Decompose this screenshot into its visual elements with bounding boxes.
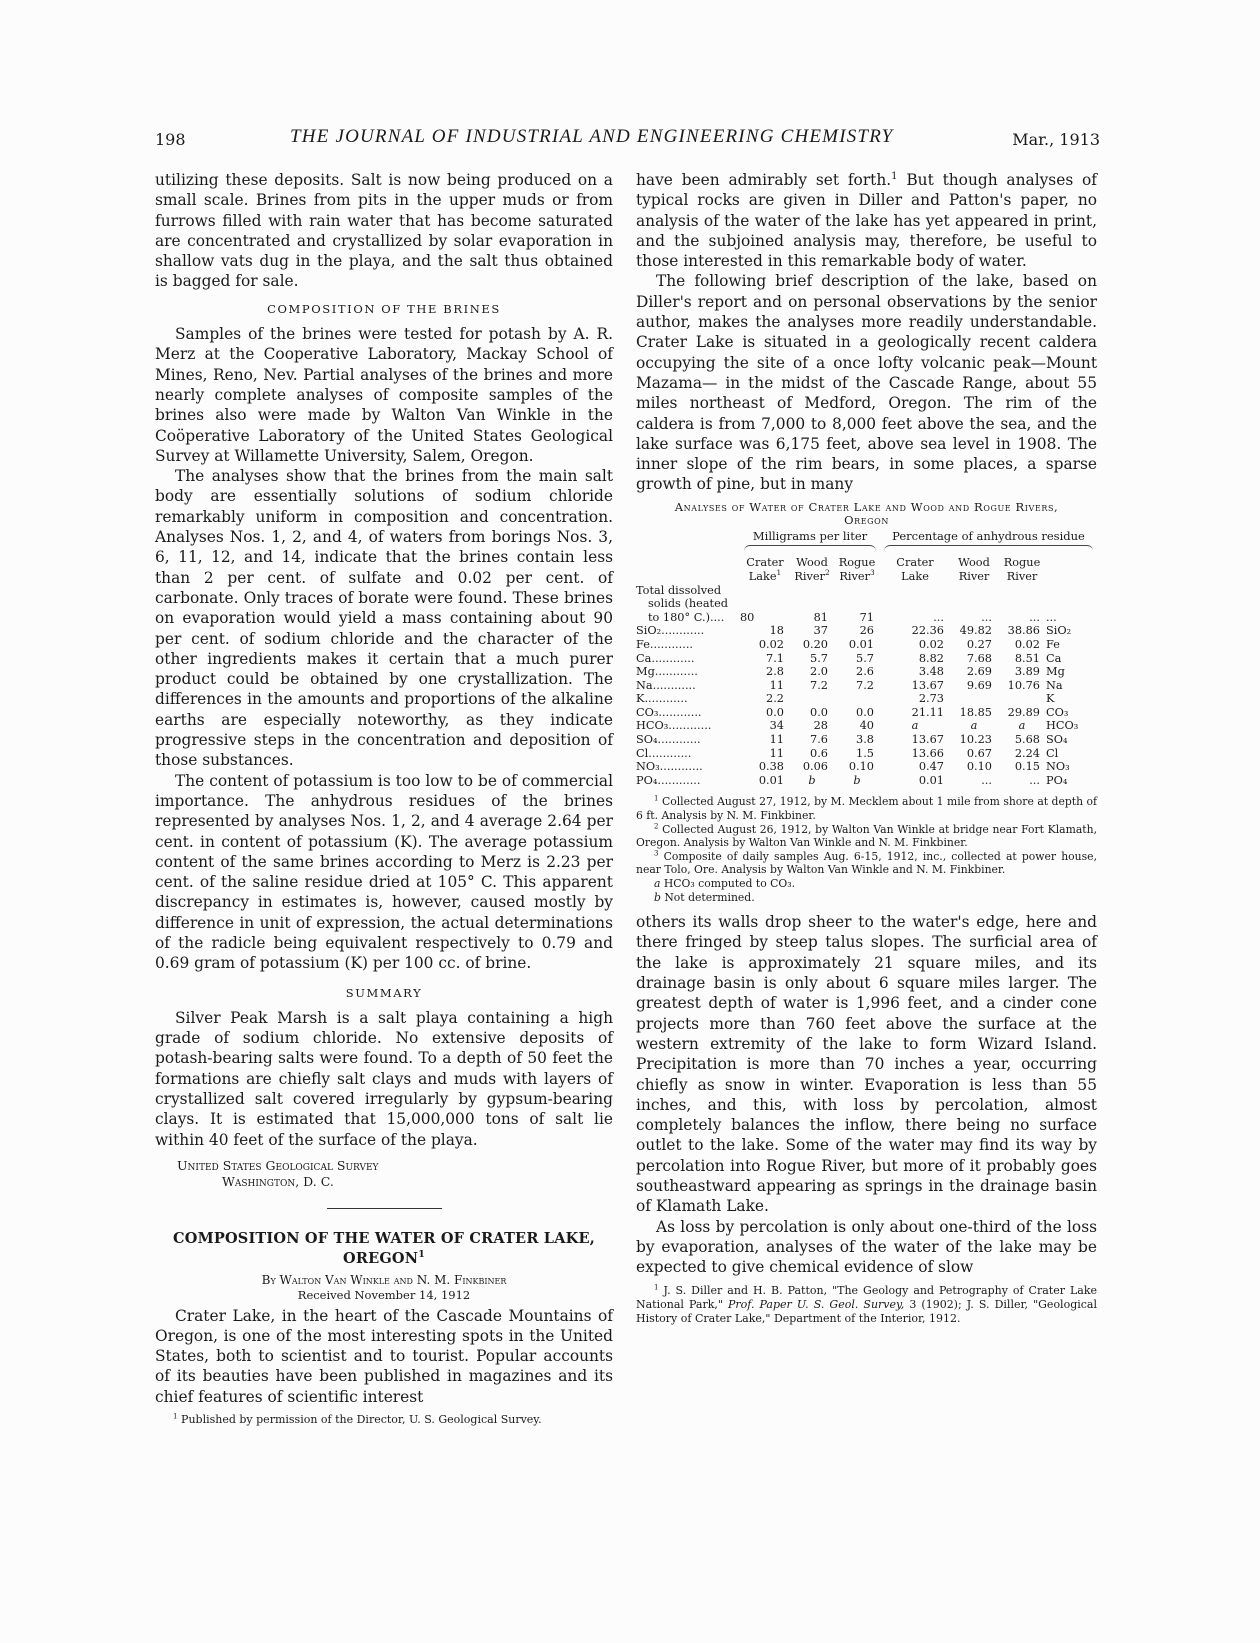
cell: [834, 692, 880, 706]
paragraph-brines-1: Samples of the brines were tested for po…: [155, 324, 613, 466]
cell: 0.20: [790, 638, 834, 652]
cell: 9.69: [950, 679, 998, 693]
cell: a: [950, 719, 998, 733]
col-header-sup: 2: [825, 568, 830, 577]
left-column: utilizing these deposits. Salt is now be…: [155, 170, 613, 1427]
footnote-mark: b: [654, 891, 661, 904]
table-row: K............2.22.73K: [636, 692, 1097, 706]
row-label: NO₃............: [636, 760, 740, 774]
table-row: Na............117.27.213.679.6910.76Na: [636, 679, 1097, 693]
cell: 34: [740, 719, 790, 733]
cell: ...: [880, 611, 950, 625]
cell: ...: [998, 611, 1046, 625]
col-header-line2: River: [794, 570, 825, 583]
cell: 0.0: [740, 706, 790, 720]
row-label: SiO₂............: [636, 624, 740, 638]
row-label: Na............: [636, 679, 740, 693]
journal-title: THE JOURNAL OF INDUSTRIAL AND ENGINEERIN…: [290, 126, 893, 148]
cell: 10.76: [998, 679, 1046, 693]
col-header-line1: Wood: [958, 556, 990, 569]
cell: 7.6: [790, 733, 834, 747]
cell: 5.7: [834, 652, 880, 666]
cell: 2.69: [950, 665, 998, 679]
paragraph-percolation: As loss by percolation is only about one…: [636, 1217, 1097, 1278]
row-label-right: ...: [1046, 611, 1097, 625]
paragraph-description: The following brief description of the l…: [636, 271, 1097, 494]
cell: 0.10: [950, 760, 998, 774]
page-number: 198: [155, 130, 186, 149]
table-row: PO₄............0.01bb0.01......PO₄: [636, 774, 1097, 788]
cell: 2.24: [998, 747, 1046, 761]
col-header: RogueRiver3: [834, 556, 880, 583]
footnote-text: Not determined.: [664, 891, 754, 904]
table-footnote-1: 1 Collected August 27, 1912, by M. Meckl…: [636, 795, 1097, 822]
cell: 0.02: [998, 638, 1046, 652]
cell: 18.85: [950, 706, 998, 720]
table-row: CO₃............0.00.00.021.1118.8529.89C…: [636, 706, 1097, 720]
col-header: WoodRiver2: [790, 556, 834, 583]
row-label-right: HCO₃: [1046, 719, 1097, 733]
footnote-mark: 1: [173, 1411, 178, 1420]
analyses-table: Milligrams per liter Percentage of anhyd…: [636, 530, 1097, 788]
table-row: Cl............110.61.513.660.672.24Cl: [636, 747, 1097, 761]
article-title: COMPOSITION OF THE WATER OF CRATER LAKE,…: [155, 1229, 613, 1270]
col-header-line1: Crater: [896, 556, 933, 569]
footnote-citation: Prof. Paper U. S. Geol. Survey,: [728, 1298, 904, 1311]
cell: [790, 692, 834, 706]
cell: 18: [740, 624, 790, 638]
paragraph-brines-3: The content of potassium is too low to b…: [155, 771, 613, 974]
row-label: SO₄............: [636, 733, 740, 747]
table-footnote-3: 3 Composite of daily samples Aug. 6-15, …: [636, 850, 1097, 877]
cell: 0.01: [880, 774, 950, 788]
footnote-text: Composite of daily samples Aug. 6-15, 19…: [636, 850, 1097, 877]
cell: 38.86: [998, 624, 1046, 638]
table-row: solids (heated: [636, 597, 1097, 611]
row-label-right: CO₃: [1046, 706, 1097, 720]
footnote-mark: a: [654, 877, 660, 890]
paragraph-text: have been admirably set forth.: [636, 171, 891, 189]
cell: 3.48: [880, 665, 950, 679]
cell: 13.66: [880, 747, 950, 761]
col-header-line2: River: [959, 570, 990, 583]
cell: 5.7: [790, 652, 834, 666]
cell: 0.27: [950, 638, 998, 652]
row-label-right: K: [1046, 692, 1097, 706]
table-row: SO₄............117.63.813.6710.235.68SO₄: [636, 733, 1097, 747]
col-header-line1: Rogue: [1004, 556, 1041, 569]
cell: 3.89: [998, 665, 1046, 679]
footnote-mark: 1: [654, 794, 658, 803]
cell: 7.2: [834, 679, 880, 693]
row-label-right: Mg: [1046, 665, 1097, 679]
table-body: SiO₂............18372622.3649.8238.86SiO…: [636, 624, 1097, 787]
section-heading-brines: COMPOSITION OF THE BRINES: [155, 299, 613, 319]
row-label: CO₃............: [636, 706, 740, 720]
footnote-text: Collected August 26, 1912, by Walton Van…: [636, 823, 1097, 850]
cell: 8.51: [998, 652, 1046, 666]
footnote-text: HCO₃ computed to CO₃.: [664, 877, 795, 890]
table-header-row: CraterLake1 WoodRiver2 RogueRiver3 Crate…: [636, 556, 1097, 583]
cell: 0.0: [790, 706, 834, 720]
group-header-mg: Milligrams per liter: [740, 530, 880, 557]
cell: 3.8: [834, 733, 880, 747]
cell: 49.82: [950, 624, 998, 638]
footnote-mark: 1: [654, 1282, 659, 1291]
table-caption-line1: Analyses of Water of Crater Lake and Woo…: [636, 501, 1097, 514]
row-label: Cl............: [636, 747, 740, 761]
issue-date: Mar., 1913: [1012, 130, 1100, 149]
table-caption: Analyses of Water of Crater Lake and Woo…: [636, 501, 1097, 527]
cell: 0.10: [834, 760, 880, 774]
brace-icon: [884, 545, 1093, 552]
cell: 13.67: [880, 733, 950, 747]
row-label-right: SiO₂: [1046, 624, 1097, 638]
signature-block: United States Geological Survey Washingt…: [177, 1158, 613, 1190]
footnote: 1 Published by permission of the Directo…: [155, 1413, 613, 1427]
cell: 10.23: [950, 733, 998, 747]
cell: 28: [790, 719, 834, 733]
cell: 0.01: [834, 638, 880, 652]
table-footnote-a: a HCO₃ computed to CO₃.: [636, 877, 1097, 891]
signature-org: United States Geological Survey: [177, 1158, 613, 1174]
right-column: have been admirably set forth.1 But thou…: [636, 170, 1097, 1326]
cell: 2.8: [740, 665, 790, 679]
row-label-right: Fe: [1046, 638, 1097, 652]
cell: 80: [740, 611, 790, 625]
article-title-text: COMPOSITION OF THE WATER OF CRATER LAKE,…: [173, 1230, 595, 1267]
table-row: Mg............2.82.02.63.482.693.89Mg: [636, 665, 1097, 679]
row-label: Ca............: [636, 652, 740, 666]
article-title-footnote-mark: 1: [418, 1249, 425, 1260]
table-row: Total dissolved: [636, 584, 1097, 598]
col-header-line2: River: [1007, 570, 1038, 583]
group-header-label: Milligrams per liter: [753, 529, 867, 543]
row-label-right: SO₄: [1046, 733, 1097, 747]
paragraph-intro: utilizing these deposits. Salt is now be…: [155, 170, 613, 292]
cell: 2.73: [880, 692, 950, 706]
cell: ...: [950, 774, 998, 788]
paragraph-continued: have been admirably set forth.1 But thou…: [636, 170, 1097, 271]
col-header: CraterLake1: [740, 556, 790, 583]
brace-icon: [744, 545, 876, 552]
signature-place: Washington, D. C.: [222, 1174, 613, 1190]
cell: 1.5: [834, 747, 880, 761]
cell: 0.6: [790, 747, 834, 761]
table-footnote-b: b Not determined.: [636, 891, 1097, 905]
cell: 7.68: [950, 652, 998, 666]
cell: 0.47: [880, 760, 950, 774]
table-row: SiO₂............18372622.3649.8238.86SiO…: [636, 624, 1097, 638]
cell: a: [998, 719, 1046, 733]
cell: [998, 692, 1046, 706]
row-label-right: PO₄: [1046, 774, 1097, 788]
table-footnotes: 1 Collected August 27, 1912, by M. Meckl…: [636, 795, 1097, 904]
row-label: Mg............: [636, 665, 740, 679]
cell: 7.1: [740, 652, 790, 666]
received-date: Received November 14, 1912: [155, 1288, 613, 1303]
cell: 2.0: [790, 665, 834, 679]
row-label: Total dissolved: [636, 584, 1097, 598]
section-heading-summary: SUMMARY: [155, 983, 613, 1003]
cell: 21.11: [880, 706, 950, 720]
table-row: Ca............7.15.75.78.827.688.51Ca: [636, 652, 1097, 666]
cell: ...: [950, 611, 998, 625]
col-header: CraterLake: [880, 556, 950, 583]
col-header: RogueRiver: [998, 556, 1046, 583]
col-header-line1: Wood: [796, 556, 828, 569]
group-header-label: Percentage of anhydrous residue: [892, 529, 1085, 543]
col-header-sup: 3: [870, 568, 875, 577]
section-divider: [327, 1208, 442, 1209]
cell: 81: [790, 611, 834, 625]
cell: 2.2: [740, 692, 790, 706]
cell: b: [790, 774, 834, 788]
col-header-line2: Lake: [749, 570, 777, 583]
footnote: 1 J. S. Diller and H. B. Patton, "The Ge…: [636, 1284, 1097, 1326]
row-label: Fe............: [636, 638, 740, 652]
cell: 0.0: [834, 706, 880, 720]
cell: 0.06: [790, 760, 834, 774]
cell: 0.02: [880, 638, 950, 652]
paragraph-summary: Silver Peak Marsh is a salt playa contai…: [155, 1008, 613, 1150]
cell: 29.89: [998, 706, 1046, 720]
table-footnote-2: 2 Collected August 26, 1912, by Walton V…: [636, 823, 1097, 850]
cell: b: [834, 774, 880, 788]
row-label-right: Na: [1046, 679, 1097, 693]
table-row: to 180° C.).... 80 81 71 ... ... ... ...: [636, 611, 1097, 625]
cell: ...: [998, 774, 1046, 788]
footnote-text: Published by permission of the Director,…: [181, 1413, 542, 1426]
paragraph-brines-2: The analyses show that the brines from t…: [155, 466, 613, 770]
footnote-mark: 3: [654, 848, 658, 857]
row-label-right: Ca: [1046, 652, 1097, 666]
paragraph-lake-details: others its walls drop sheer to the water…: [636, 912, 1097, 1216]
cell: 11: [740, 733, 790, 747]
table-row: NO₃............0.380.060.100.470.100.15N…: [636, 760, 1097, 774]
row-label: K............: [636, 692, 740, 706]
row-label-right: NO₃: [1046, 760, 1097, 774]
analyses-table-block: Analyses of Water of Crater Lake and Woo…: [636, 501, 1097, 904]
cell: [950, 692, 998, 706]
running-header: 198 THE JOURNAL OF INDUSTRIAL AND ENGINE…: [155, 126, 1100, 156]
col-header-line2: Lake: [901, 570, 929, 583]
cell: 26: [834, 624, 880, 638]
cell: 0.15: [998, 760, 1046, 774]
cell: 11: [740, 747, 790, 761]
col-header-line2: River: [839, 570, 870, 583]
cell: 0.01: [740, 774, 790, 788]
table-row: Fe............0.020.200.010.020.270.02Fe: [636, 638, 1097, 652]
row-label-right: Cl: [1046, 747, 1097, 761]
cell: 11: [740, 679, 790, 693]
footnote-mark: 2: [654, 821, 658, 830]
cell: 5.68: [998, 733, 1046, 747]
cell: 22.36: [880, 624, 950, 638]
cell: 0.67: [950, 747, 998, 761]
cell: 40: [834, 719, 880, 733]
cell: 0.38: [740, 760, 790, 774]
table-caption-line2: Oregon: [636, 514, 1097, 527]
row-label: PO₄............: [636, 774, 740, 788]
cell: 8.82: [880, 652, 950, 666]
cell: 71: [834, 611, 880, 625]
table-group-header-row: Milligrams per liter Percentage of anhyd…: [636, 530, 1097, 557]
cell: 0.02: [740, 638, 790, 652]
col-header-sup: 1: [777, 568, 782, 577]
paragraph-article-1: Crater Lake, in the heart of the Cascade…: [155, 1306, 613, 1407]
group-header-pct: Percentage of anhydrous residue: [880, 530, 1097, 557]
cell: 13.67: [880, 679, 950, 693]
cell: 7.2: [790, 679, 834, 693]
row-label: to 180° C.)....: [636, 611, 740, 625]
cell: 37: [790, 624, 834, 638]
table-row: HCO₃............342840aaaHCO₃: [636, 719, 1097, 733]
row-label: solids (heated: [636, 597, 1097, 611]
cell: 2.6: [834, 665, 880, 679]
cell: a: [880, 719, 950, 733]
byline: By Walton Van Winkle and N. M. Finkbiner: [155, 1272, 613, 1288]
footnote-text: Collected August 27, 1912, by M. Mecklem…: [636, 795, 1097, 822]
col-header: WoodRiver: [950, 556, 998, 583]
row-label: HCO₃............: [636, 719, 740, 733]
